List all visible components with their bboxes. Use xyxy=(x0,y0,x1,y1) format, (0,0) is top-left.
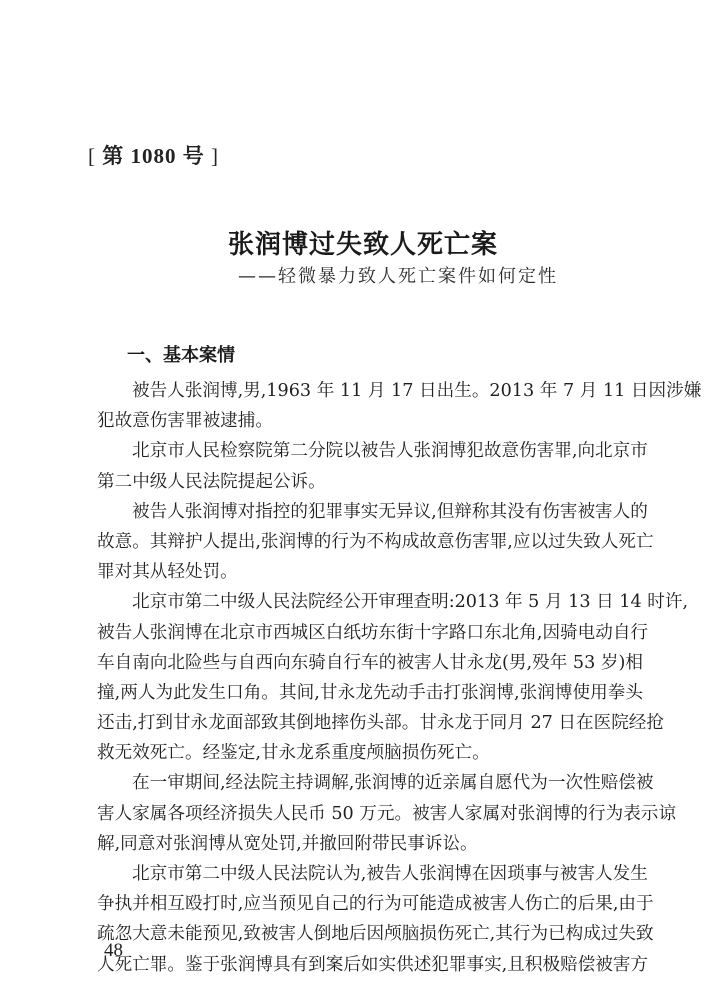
case-number-bracket-close: ] xyxy=(211,144,219,168)
text-line: 被告人张润博对指控的犯罪事实无异议,但辩称其没有伤害被害人的 xyxy=(97,499,643,529)
section-heading: 一、基本案情 xyxy=(127,341,235,367)
text-line: 人死亡罪。鉴于张润博具有到案后如实供述犯罪事实,且积极赔偿被害方 xyxy=(97,952,643,982)
text-line: 北京市第二中级人民法院经公开审理查明:2013 年 5 月 13 日 14 时许… xyxy=(97,589,643,619)
text-line: 疏忽大意未能预见,致被害人倒地后因颅脑损伤死亡,其行为已构成过失致 xyxy=(97,921,643,951)
body-text: 被告人张润博,男,1963 年 11 月 17 日出生。2013 年 7 月 1… xyxy=(97,378,643,982)
case-number-bracket-open: [ xyxy=(88,144,96,168)
text-line: 犯故意伤害罪被逮捕。 xyxy=(97,408,643,438)
text-line: 解,同意对张润博从宽处罚,并撤回附带民事诉讼。 xyxy=(97,831,643,861)
document-subtitle: ——轻微暴力致人死亡案件如何定性 xyxy=(238,262,558,288)
text-line: 被告人张润博在北京市西城区白纸坊东街十字路口东北角,因骑电动自行 xyxy=(97,620,643,650)
text-line: 被告人张润博,男,1963 年 11 月 17 日出生。2013 年 7 月 1… xyxy=(97,378,643,408)
text-line: 在一审期间,经法院主持调解,张润博的近亲属自愿代为一次性赔偿被 xyxy=(97,770,643,800)
text-line: 故意。其辩护人提出,张润博的行为不构成故意伤害罪,应以过失致人死亡 xyxy=(97,529,643,559)
text-line: 北京市第二中级人民法院认为,被告人张润博在因琐事与被害人发生 xyxy=(97,861,643,891)
text-line: 争执并相互殴打时,应当预见自己的行为可能造成被害人伤亡的后果,由于 xyxy=(97,891,643,921)
text-line: 害人家属各项经济损失人民币 50 万元。被害人家属对张润博的行为表示谅 xyxy=(97,801,643,831)
case-number-text: 第 1080 号 xyxy=(102,144,205,168)
text-line: 第二中级人民法院提起公诉。 xyxy=(97,469,643,499)
text-line: 救无效死亡。经鉴定,甘永龙系重度颅脑损伤死亡。 xyxy=(97,740,643,770)
text-line: 罪对其从轻处罚。 xyxy=(97,559,643,589)
text-line: 车自南向北险些与自西向东骑自行车的被害人甘永龙(男,殁年 53 岁)相 xyxy=(97,650,643,680)
case-number: [ 第 1080 号 ] xyxy=(88,140,219,170)
text-line: 撞,两人为此发生口角。其间,甘永龙先动手击打张润博,张润博使用拳头 xyxy=(97,680,643,710)
document-title: 张润博过失致人死亡案 xyxy=(0,224,726,261)
text-line: 北京市人民检察院第二分院以被告人张润博犯故意伤害罪,向北京市 xyxy=(97,438,643,468)
text-line: 还击,打到甘永龙面部致其倒地摔伤头部。甘永龙于同月 27 日在医院经抢 xyxy=(97,710,643,740)
page-number: 48 xyxy=(104,940,123,962)
